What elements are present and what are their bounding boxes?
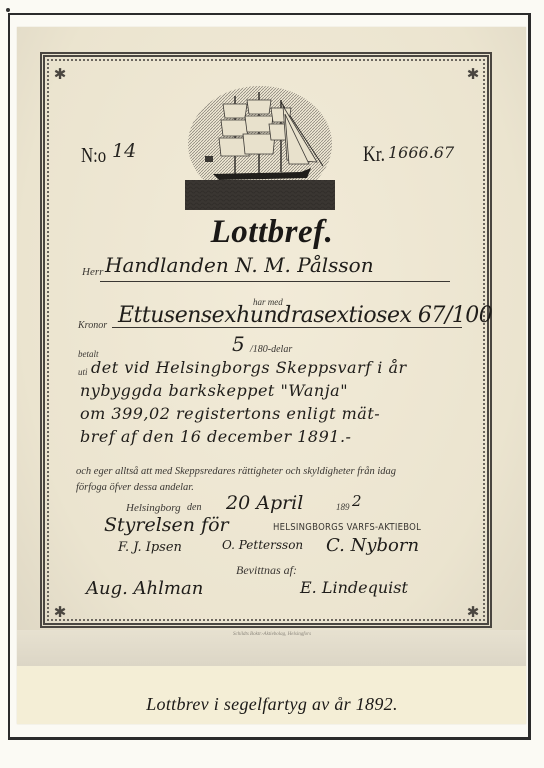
year-prefix: 189: [336, 502, 350, 512]
place-label: Helsingborg: [126, 502, 181, 514]
holder-line: [100, 281, 450, 282]
herr-label: Herr: [82, 266, 103, 278]
printer-imprint: Schildts Boktr.-Aktiebolag, Helsingfors: [0, 632, 544, 637]
corner-rosette-icon: ✱: [465, 66, 481, 82]
holder-name: Handlanden N. M. Pålsson: [105, 253, 374, 277]
share-fraction-label: /180-delar: [250, 344, 292, 355]
description-line-3: om 399,02 registertons enligt mät-: [80, 404, 380, 423]
clause-line-1: och eger alltså att med Skeppsredares rä…: [76, 466, 396, 477]
witness-signature-2: E. Lindequist: [300, 578, 408, 597]
corner-rosette-icon: ✱: [465, 604, 481, 620]
signature-2: O. Pettersson: [222, 538, 303, 552]
frame-corner-dot: [6, 8, 10, 12]
number-label: N:o: [81, 143, 106, 168]
amount-in-words: Ettusensexhundrasextiosex 67/100: [118, 303, 492, 328]
share-count: 5: [232, 332, 245, 356]
certificate-number: 14: [112, 140, 136, 162]
board-heading: Styrelsen för: [104, 514, 229, 536]
den-label: den: [187, 502, 201, 513]
document-title: Lottbref.: [0, 214, 544, 251]
clause-line-2: förfoga öfver dessa andelar.: [76, 482, 194, 493]
year-suffix: 2: [352, 492, 362, 510]
uti-label: uti: [78, 367, 88, 377]
issue-date: 20 April: [226, 492, 303, 514]
amount-line: [112, 327, 462, 328]
witness-label: Bevittnas af:: [236, 563, 297, 578]
description-line-1: det vid Helsingborgs Skeppsvarf i år: [91, 358, 407, 377]
kronor-label: Kronor: [78, 320, 107, 331]
signature-3: C. Nyborn: [326, 535, 419, 556]
description-line-4: bref af den 16 december 1891.-: [80, 427, 351, 446]
figure-caption: Lottbrev i segelfartyg av år 1892.: [0, 694, 544, 715]
amount-label: Kr.: [363, 141, 385, 167]
company-stamp: HELSINGBORGS VARFS-AKTIEBOL: [273, 522, 421, 533]
witness-signature-1: Aug. Ahlman: [86, 578, 203, 599]
signature-1: F. J. Ipsen: [118, 540, 182, 555]
ship-engraving-icon: [183, 82, 337, 212]
certificate-amount: 1666.67: [388, 143, 454, 162]
corner-rosette-icon: ✱: [52, 604, 68, 620]
description-line-2: nybyggda barkskeppet "Wanja": [80, 381, 348, 400]
corner-rosette-icon: ✱: [52, 66, 68, 82]
